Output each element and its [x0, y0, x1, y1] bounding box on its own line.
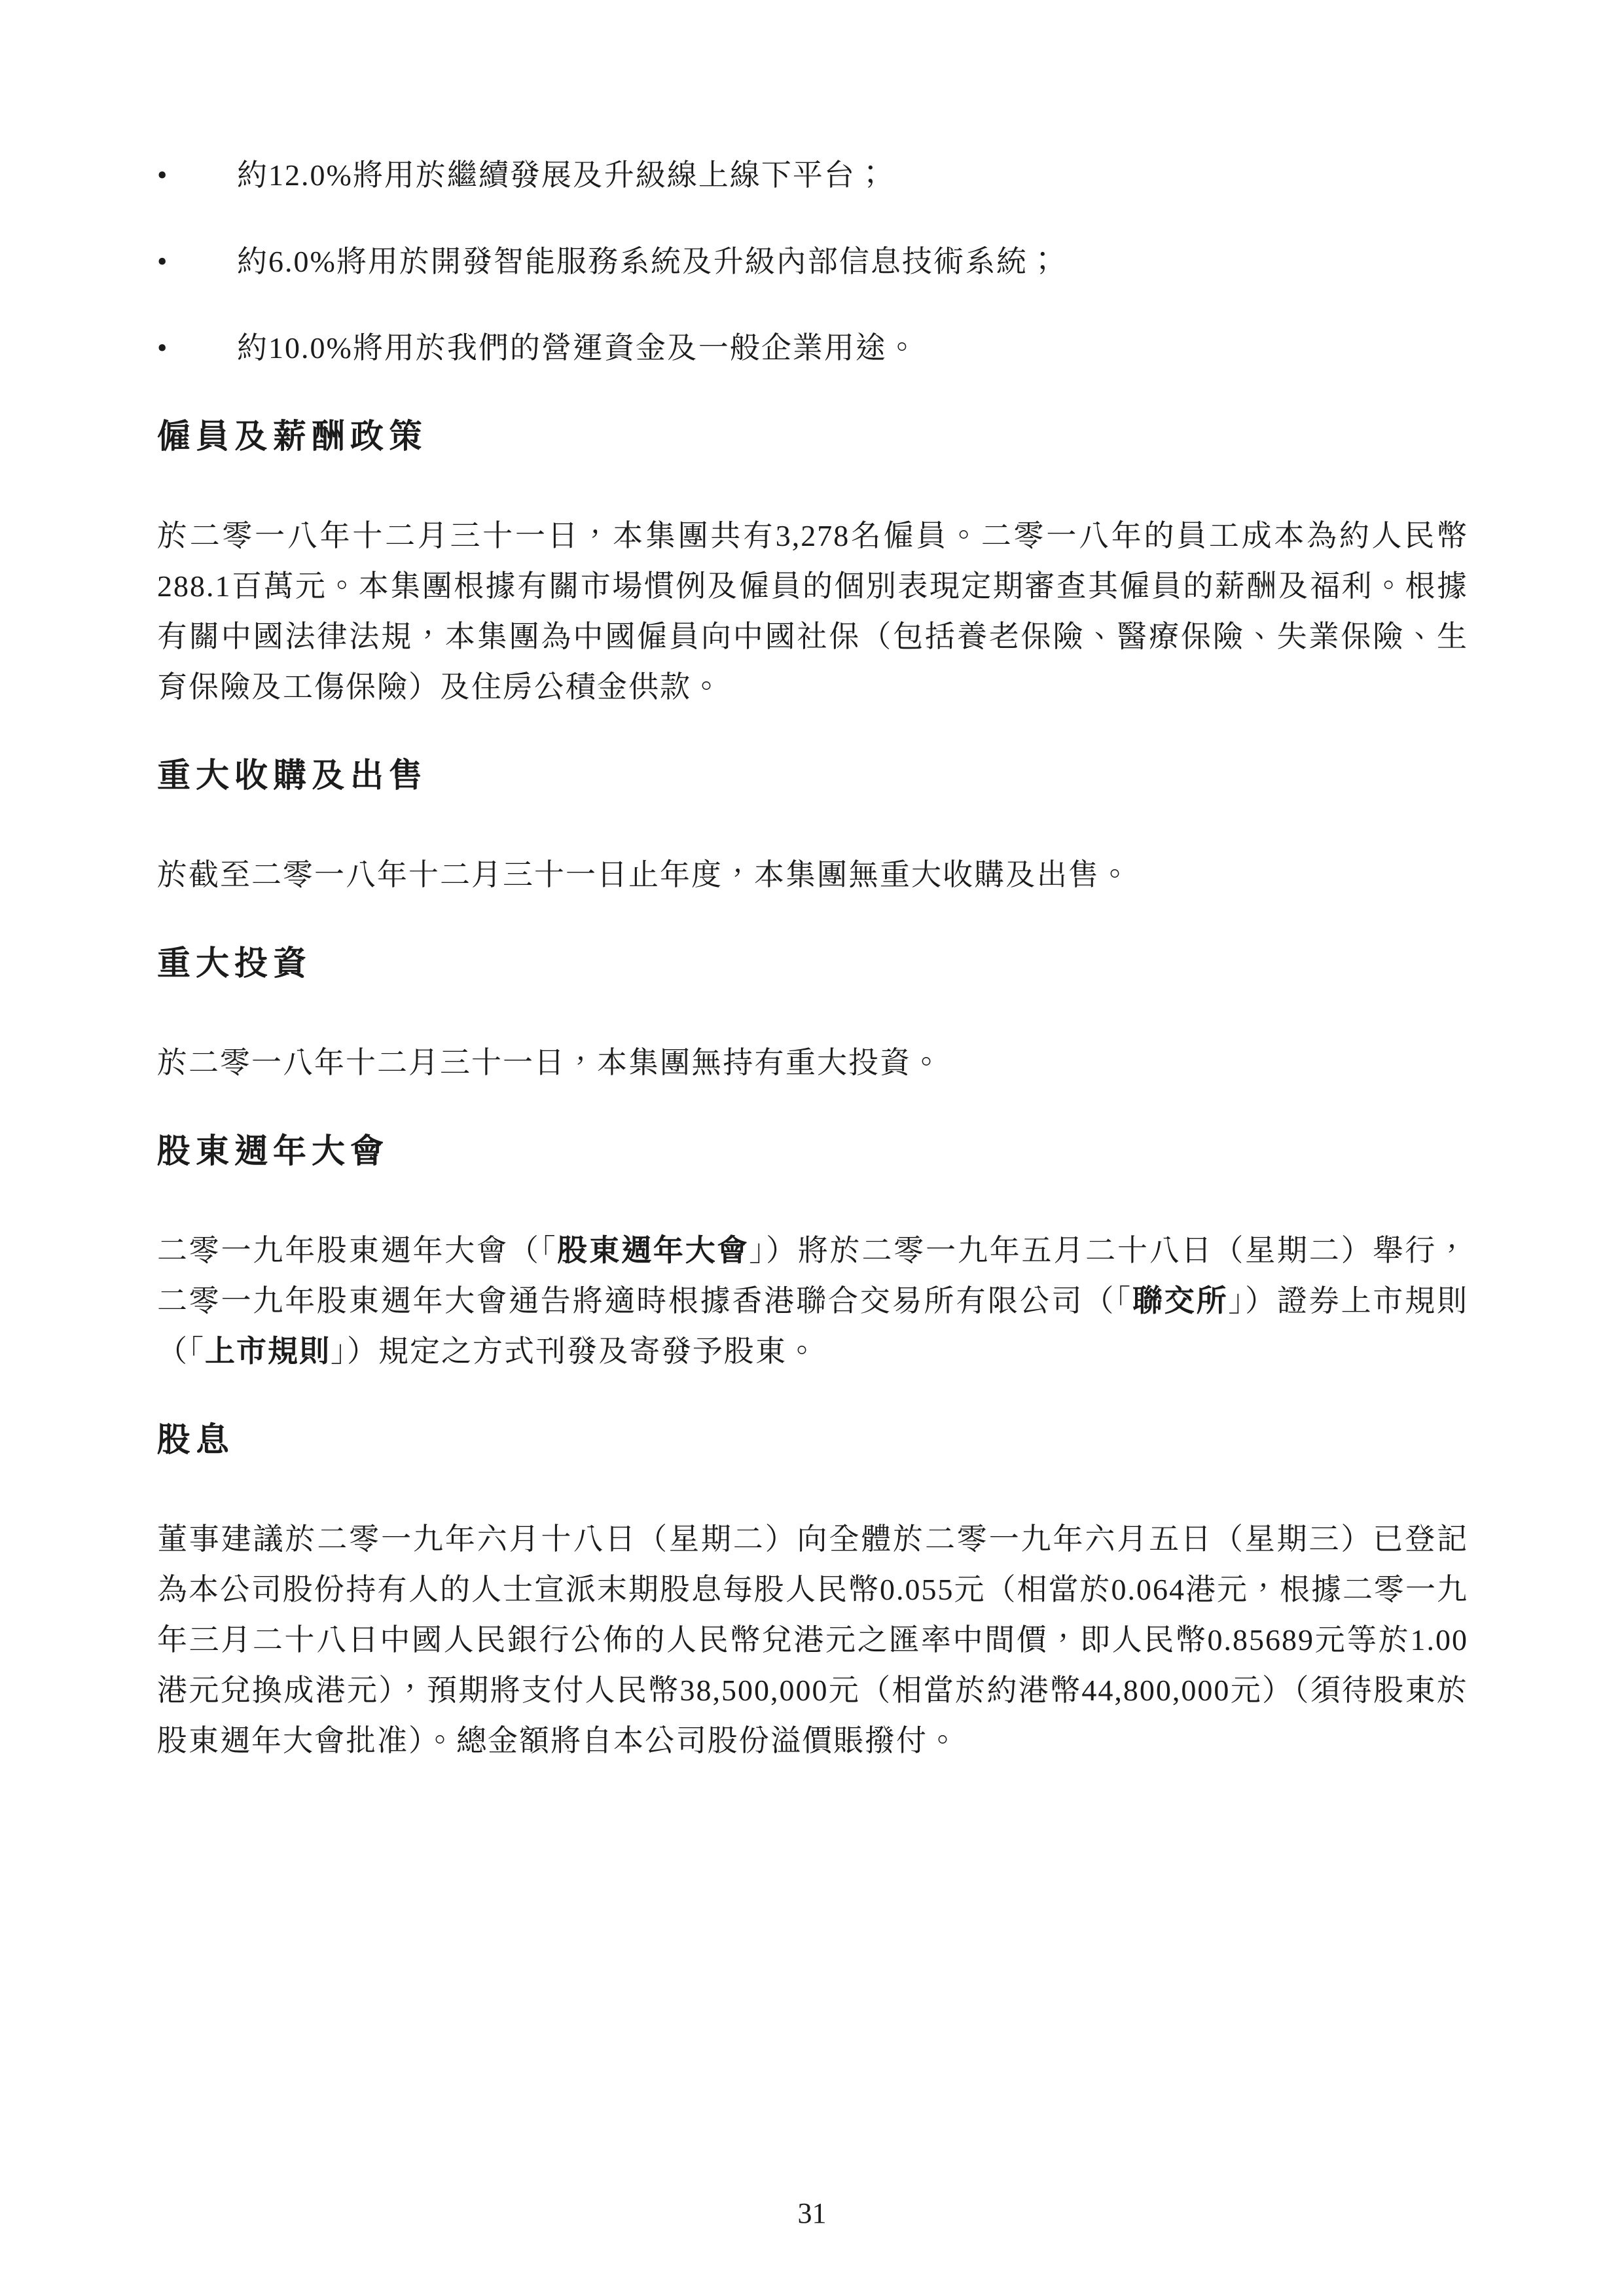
paragraph: 董事建議於二零一九年六月十八日（星期二）向全體於二零一九年六月五日（星期三）已登…	[157, 1514, 1468, 1766]
bullet-item: •約12.0%將用於繼續發展及升級線上線下平台；	[157, 158, 1468, 192]
bullet-text: 約6.0%將用於開發智能服務系統及升級內部信息技術系統；	[237, 245, 1468, 279]
bullet-dot-icon: •	[157, 158, 237, 192]
paragraph: 於二零一八年十二月三十一日，本集團無持有重大投資。	[157, 1037, 1468, 1088]
bullet-text: 約10.0%將用於我們的營運資金及一般企業用途。	[237, 331, 1468, 365]
page-number: 31	[0, 2198, 1624, 2229]
section-heading: 股息	[157, 1421, 1468, 1459]
text-run: 股東週年大會	[557, 1233, 749, 1267]
bullet-item: •約10.0%將用於我們的營運資金及一般企業用途。	[157, 331, 1468, 365]
bullet-dot-icon: •	[157, 245, 237, 279]
bullet-dot-icon: •	[157, 331, 237, 365]
text-run: 上市規則	[205, 1334, 331, 1368]
section-heading: 僱員及薪酬政策	[157, 418, 1468, 456]
section-heading: 重大投資	[157, 944, 1468, 982]
section-heading: 重大收購及出售	[157, 757, 1468, 795]
bullet-text: 約12.0%將用於繼續發展及升級線上線下平台；	[237, 158, 1468, 192]
section-dividend: 股息董事建議於二零一九年六月十八日（星期二）向全體於二零一九年六月五日（星期三）…	[157, 1421, 1468, 1766]
text-run: 於截至二零一八年十二月三十一日止年度，本集團無重大收購及出售。	[157, 858, 1131, 891]
text-run: 於二零一八年十二月三十一日，本集團無持有重大投資。	[157, 1046, 943, 1079]
section-employees-remuneration-policy: 僱員及薪酬政策於二零一八年十二月三十一日，本集團共有3,278名僱員。二零一八年…	[157, 418, 1468, 712]
paragraph: 於截至二零一八年十二月三十一日止年度，本集團無重大收購及出售。	[157, 850, 1468, 900]
bullet-item: •約6.0%將用於開發智能服務系統及升級內部信息技術系統；	[157, 245, 1468, 279]
paragraph: 於二零一八年十二月三十一日，本集團共有3,278名僱員。二零一八年的員工成本為約…	[157, 511, 1468, 712]
text-run: 聯交所	[1132, 1283, 1228, 1318]
sections-container: 僱員及薪酬政策於二零一八年十二月三十一日，本集團共有3,278名僱員。二零一八年…	[157, 418, 1468, 1766]
text-run: 」）規定之方式刊發及寄發予股東。	[331, 1335, 818, 1368]
text-run: 於二零一八年十二月三十一日，本集團共有3,278名僱員。二零一八年的員工成本為約…	[157, 519, 1468, 704]
text-run: 二零一九年股東週年大會（「	[157, 1234, 557, 1267]
document-page: •約12.0%將用於繼續發展及升級線上線下平台；•約6.0%將用於開發智能服務系…	[0, 0, 1624, 2296]
section-significant-investments: 重大投資於二零一八年十二月三十一日，本集團無持有重大投資。	[157, 944, 1468, 1088]
text-run: 董事建議於二零一九年六月十八日（星期二）向全體於二零一九年六月五日（星期三）已登…	[157, 1522, 1468, 1757]
section-material-acquisitions-disposals: 重大收購及出售於截至二零一八年十二月三十一日止年度，本集團無重大收購及出售。	[157, 757, 1468, 900]
paragraph: 二零一九年股東週年大會（「股東週年大會」）將於二零一九年五月二十八日（星期二）舉…	[157, 1225, 1468, 1376]
section-annual-general-meeting: 股東週年大會二零一九年股東週年大會（「股東週年大會」）將於二零一九年五月二十八日…	[157, 1132, 1468, 1376]
use-of-proceeds-bullet-list: •約12.0%將用於繼續發展及升級線上線下平台；•約6.0%將用於開發智能服務系…	[157, 158, 1468, 365]
section-heading: 股東週年大會	[157, 1132, 1468, 1170]
